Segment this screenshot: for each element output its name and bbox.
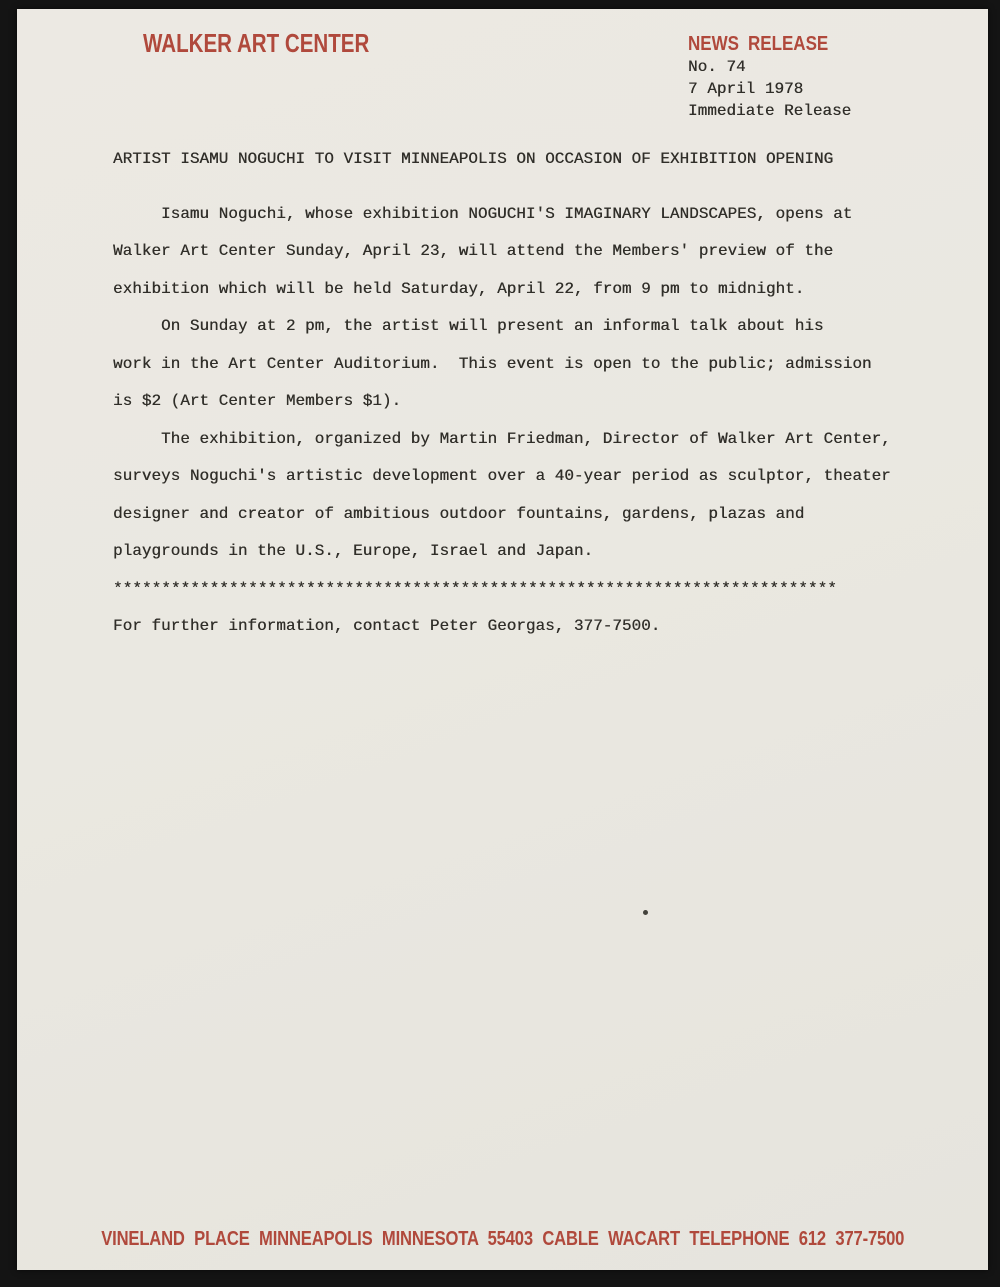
news-release-page: WALKER ART CENTER NEWS RELEASE No. 74 7 … bbox=[17, 9, 988, 1270]
headline: ARTIST ISAMU NOGUCHI TO VISIT MINNEAPOLI… bbox=[113, 141, 923, 179]
body-line: work in the Art Center Auditorium. This … bbox=[113, 346, 923, 384]
paper-speck bbox=[643, 910, 648, 915]
footer-address: VINELAND PLACE MINNEAPOLIS MINNESOTA 554… bbox=[101, 1228, 904, 1250]
release-number: No. 74 bbox=[688, 56, 851, 78]
news-release-label: NEWS RELEASE bbox=[688, 33, 828, 55]
paragraph: The exhibition, organized by Martin Frie… bbox=[113, 421, 923, 571]
paragraph: On Sunday at 2 pm, the artist will prese… bbox=[113, 308, 923, 421]
body-line: surveys Noguchi's artistic development o… bbox=[113, 458, 923, 496]
release-info-block: No. 74 7 April 1978 Immediate Release bbox=[688, 56, 851, 122]
body-line: The exhibition, organized by Martin Frie… bbox=[113, 421, 923, 459]
paragraph: Isamu Noguchi, whose exhibition NOGUCHI'… bbox=[113, 196, 923, 309]
walker-art-center-logo: WALKER ART CENTER bbox=[143, 29, 369, 58]
release-type: Immediate Release bbox=[688, 100, 851, 122]
typed-body: ARTIST ISAMU NOGUCHI TO VISIT MINNEAPOLI… bbox=[113, 141, 923, 646]
scan-background: { "colors": { "accent_red": "#b0493c", "… bbox=[0, 0, 1000, 1287]
body-line: is $2 (Art Center Members $1). bbox=[113, 383, 923, 421]
letterhead-footer: VINELAND PLACE MINNEAPOLIS MINNESOTA 554… bbox=[17, 1228, 988, 1250]
body-line: designer and creator of ambitious outdoo… bbox=[113, 496, 923, 534]
body-line: Walker Art Center Sunday, April 23, will… bbox=[113, 233, 923, 271]
asterisk-divider: ****************************************… bbox=[113, 571, 923, 609]
contact-line: For further information, contact Peter G… bbox=[113, 608, 923, 646]
body-line: On Sunday at 2 pm, the artist will prese… bbox=[113, 308, 923, 346]
body-line: Isamu Noguchi, whose exhibition NOGUCHI'… bbox=[113, 196, 923, 234]
release-date: 7 April 1978 bbox=[688, 78, 851, 100]
body-line: playgrounds in the U.S., Europe, Israel … bbox=[113, 533, 923, 571]
body-line: exhibition which will be held Saturday, … bbox=[113, 271, 923, 309]
